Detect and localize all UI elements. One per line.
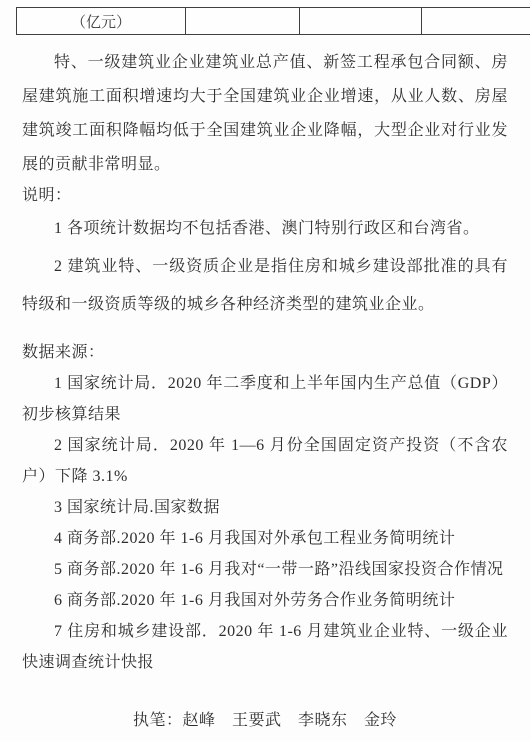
source-item-5: 5 商务部.2020 年 1-6 月我对“一带一路”沿线国家投资合作情况 — [22, 554, 508, 585]
signature-line: 执笔：赵峰 王要武 李晓东 金玲 — [22, 706, 508, 736]
note-item-2: 2 建筑业特、一级资质企业是指住房和城乡建设部批准的具有特级和一级资质等级的城乡… — [22, 248, 508, 324]
source-item-4: 4 商务部.2020 年 1-6 月我国对外承包工程业务简明统计 — [22, 523, 508, 554]
source-item-6: 6 商务部.2020 年 1-6 月我国对外劳务合作业务简明统计 — [22, 585, 508, 616]
note-item-1: 1 各项统计数据均不包括香港、澳门特别行政区和台湾省。 — [22, 210, 508, 248]
sources-heading: 数据来源： — [22, 338, 508, 368]
source-item-3: 3 国家统计局.国家数据 — [22, 492, 508, 523]
source-item-2: 2 国家统计局．2020 年 1—6 月份全国固定资产投资（不含农户）下降 3.… — [22, 430, 508, 492]
source-item-7: 7 住房和城乡建设部．2020 年 1-6 月建筑业企业特、一级企业快速调查统计… — [22, 616, 508, 678]
table-cell-empty-1 — [185, 8, 299, 34]
table-cell-empty-2 — [299, 8, 421, 34]
table-fragment: （亿元） — [16, 7, 530, 35]
table-cell-empty-3 — [421, 8, 530, 34]
table-cell-unit-label: （亿元） — [16, 8, 185, 34]
source-item-1: 1 国家统计局．2020 年二季度和上半年国内生产总值（GDP）初步核算结果 — [22, 368, 508, 430]
document-body: 特、一级建筑业企业建筑业总产值、新签工程承包合同额、房屋建筑施工面积增速均大于全… — [22, 34, 508, 736]
notes-heading: 说明： — [22, 182, 508, 210]
intro-paragraph: 特、一级建筑业企业建筑业总产值、新签工程承包合同额、房屋建筑施工面积增速均大于全… — [22, 46, 508, 182]
